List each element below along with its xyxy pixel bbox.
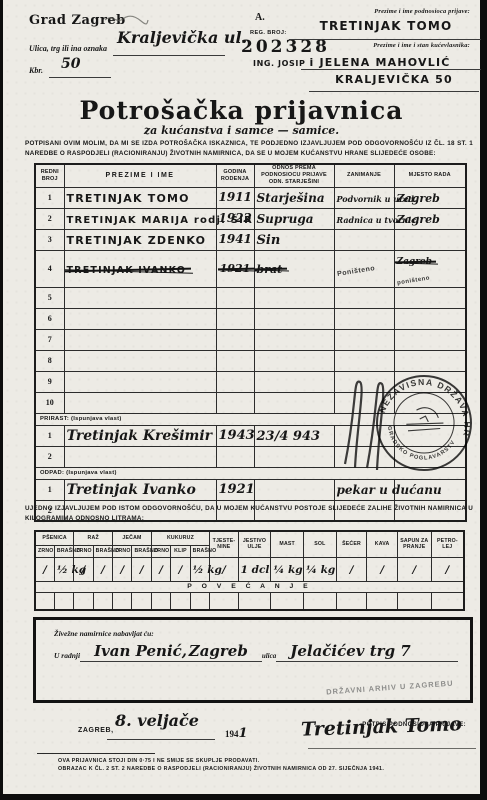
landlord-name-prefix: ING. JOSIP — [253, 59, 305, 68]
supplies-table: PŠENICA RAŽ JEČAM KUKURUZ TJESTE­NINE JE… — [34, 530, 465, 611]
member-num: 7 — [35, 329, 64, 350]
member-row: 5 — [35, 287, 466, 308]
supply-value: ∕ — [101, 564, 105, 576]
sub-klip: KLIP — [171, 545, 190, 557]
member-year — [216, 350, 254, 371]
street-value: Kraljevička ul. — [117, 28, 247, 47]
supply-value: ∕ — [120, 564, 124, 576]
member-occupation — [334, 287, 394, 308]
col-mast: MAST — [271, 531, 304, 557]
supply-value: ∕ — [82, 564, 86, 576]
odpad-name: Tretinjak Ivanko — [64, 479, 216, 500]
col-header-odnos: ODNOS PREMA PODNOSIOCU PRIJAVE ODN. STAR… — [254, 164, 334, 187]
member-place: Zagreb — [394, 208, 466, 229]
footer-date-handwritten: 8. veljače — [115, 711, 199, 731]
archive-stamp: DRŽAVNI ARHIV U ZAGREBU — [326, 679, 454, 697]
sub-zrno: ZRNO — [151, 545, 170, 557]
member-num: 5 — [35, 287, 64, 308]
odpad-occupation: pekar u dućanu — [334, 479, 394, 500]
section-letter: A. — [255, 12, 265, 23]
member-name: TRETINJAK MARIJA rodj. ŠIR — [64, 208, 216, 229]
member-name — [64, 392, 216, 413]
supply-value: ∕ — [350, 564, 354, 576]
member-relation: Starješina — [254, 187, 334, 208]
member-occupation — [334, 229, 394, 250]
prirast-date — [254, 446, 334, 467]
shop-label: Živežne namirnice nabavljat ću: — [54, 629, 154, 638]
odpad-relation — [254, 479, 334, 500]
sub-brasno: BRAŠNO — [190, 545, 209, 557]
member-row: 2 TRETINJAK MARIJA rodj. ŠIR 1922 Suprug… — [35, 208, 466, 229]
member-name: TRETINJAK TOMO — [64, 187, 216, 208]
form-title: Potrošačka prijavnica — [3, 96, 480, 125]
member-row: 1 TRETINJAK TOMO 1911 Starješina Podvorn… — [35, 187, 466, 208]
member-row: 7 — [35, 329, 466, 350]
member-name — [64, 287, 216, 308]
supply-value: ¼ kg — [273, 564, 302, 576]
supply-value: ∕ — [43, 564, 47, 576]
odpad-num: 1 — [35, 479, 64, 500]
member-name: TRETINJAK ZDENKO — [64, 229, 216, 250]
prirast-date: 23/4 943 — [254, 425, 334, 446]
member-name — [64, 371, 216, 392]
member-num: 10 — [35, 392, 64, 413]
member-relation — [254, 392, 334, 413]
member-relation: brat — [254, 250, 334, 287]
member-relation — [254, 308, 334, 329]
col-header-prezime-ime: PREZIME I IME — [64, 164, 216, 187]
footnote-price: OVA PRIJAVNICA STOJI DIN 0·75 I NE SMIJE… — [58, 758, 259, 764]
member-occupation — [334, 329, 394, 350]
col-petrolej: PETRO­LEJ — [431, 531, 464, 557]
member-row-cancelled: 4 TRETINJAK IVANKO 1921 brat Poništeno Z… — [35, 250, 466, 287]
sub-zrno: ZRNO — [113, 545, 132, 557]
sub-zrno: ZRNO — [74, 545, 93, 557]
supply-value: ¼ kg — [306, 564, 335, 576]
kbr-label: Kbr. — [29, 66, 43, 75]
member-year — [216, 287, 254, 308]
member-year: 1922 — [216, 208, 254, 229]
supplies-declaration: UJEDNO IZJAVLJUJEM POD ISTOM ODGOVORNOŠĆ… — [25, 504, 473, 524]
col-sol: SOL — [304, 531, 337, 557]
footnote-regulation: OBRAZAC K ČL. 2 ST. 2 NAREDBE O RASPODJE… — [58, 766, 384, 772]
col-psenica: PŠENICA — [35, 531, 74, 545]
member-relation — [254, 329, 334, 350]
supply-value: ∕ — [159, 564, 163, 576]
shop-street-line: Jelačićev trg 7 — [276, 642, 458, 662]
member-year — [216, 308, 254, 329]
scanned-document: Grad Zagreb Ulica, trg ili ina oznaka Kr… — [0, 0, 487, 800]
sub-brasno: BRAŠNO — [132, 545, 151, 557]
shop-declaration-box: Živežne namirnice nabavljat ću: U radnji… — [33, 617, 473, 703]
member-place — [394, 308, 466, 329]
member-num: 4 — [35, 250, 64, 287]
odpad-row: 1 Tretinjak Ivanko 1921 pekar u dućanu — [35, 479, 466, 500]
col-jecam: JEČAM — [113, 531, 152, 545]
supply-value: ½ kg — [193, 564, 222, 576]
member-year: 1911 — [216, 187, 254, 208]
applicant-label: Prezime i ime podnosioca prijave: — [374, 8, 470, 15]
supply-value: ∕ — [412, 564, 416, 576]
col-header-mjesto-rada: MJESTO RADA — [394, 164, 466, 187]
col-header-godina: GODINA RODENJA — [216, 164, 254, 187]
member-occupation — [334, 308, 394, 329]
landlord-label: Prezime i ime i stan kućevlasnika: — [373, 42, 470, 49]
prirast-year — [216, 446, 254, 467]
supply-value: ∕ — [380, 564, 384, 576]
footer-year: 1941 — [225, 724, 248, 742]
form-paper: Grad Zagreb Ulica, trg ili ina oznaka Kr… — [3, 0, 480, 794]
member-year — [216, 329, 254, 350]
col-header-redni-broj: REDNI BROJ — [35, 164, 64, 187]
member-relation: Supruga — [254, 208, 334, 229]
member-place: Zagreb poništeno — [394, 250, 466, 287]
supply-value: ∕ — [445, 564, 449, 576]
member-place: Zagreb — [394, 187, 466, 208]
applicant-name: TRETINJAK TOMO — [291, 19, 481, 33]
member-year — [216, 371, 254, 392]
member-place — [394, 287, 466, 308]
member-num: 6 — [35, 308, 64, 329]
member-year: 1921 — [216, 250, 254, 287]
member-relation — [254, 287, 334, 308]
member-year — [216, 392, 254, 413]
member-name — [64, 350, 216, 371]
shop-name-value: Ivan Penić, — [94, 642, 187, 660]
member-relation: Sin — [254, 229, 334, 250]
member-place — [394, 229, 466, 250]
member-num: 8 — [35, 350, 64, 371]
ponisteno-stamp: Poništeno — [336, 265, 375, 278]
reg-number-label: REG. BROJ: — [250, 30, 287, 36]
member-relation — [254, 350, 334, 371]
member-row: 6 — [35, 308, 466, 329]
member-num: 3 — [35, 229, 64, 250]
col-kava: KAVA — [367, 531, 398, 557]
member-year: 1941 — [216, 229, 254, 250]
prirast-num: 2 — [35, 446, 64, 467]
applicant-signature: Tretinjak Tomo — [301, 713, 463, 741]
shop-name-line: Ivan Penić, Zagreb — [80, 642, 262, 662]
member-name — [64, 329, 216, 350]
shop-city-value: Zagreb — [189, 642, 248, 660]
col-header-zanimanje: ZANIMANJE — [334, 164, 394, 187]
member-occupation: Podvornik u ured. — [334, 187, 394, 208]
member-name: TRETINJAK IVANKO — [64, 250, 216, 287]
col-raz: RAŽ — [74, 531, 113, 545]
footer-year-printed: 194 — [225, 729, 239, 739]
member-relation — [254, 371, 334, 392]
round-state-stamp: NEZAVISNA DRŽAVA HRVATSKA GRADSKO POGLAV… — [364, 363, 485, 484]
landlord-address: KRALJEVIČKA 50 — [311, 73, 477, 86]
prirast-num: 1 — [35, 425, 64, 446]
prirast-name — [64, 446, 216, 467]
form-subtitle: za kućanstva i samce — samice. — [3, 124, 480, 137]
shop-radnji-label: U radnji — [54, 651, 80, 662]
sub-brasno: BRAŠNO — [93, 545, 112, 557]
col-sapun: SAPUN ZA PRANJE — [397, 531, 431, 557]
intro-paragraph: POTPISANI OVIM MOLIM, DA MI SE IZDA POTR… — [25, 139, 473, 159]
footnote-rule — [37, 753, 155, 754]
odpad-year: 1921 — [216, 479, 254, 500]
member-num: 2 — [35, 208, 64, 229]
supply-value: ∕ — [179, 564, 183, 576]
supply-value: ∕ — [222, 564, 226, 576]
prirast-name: Tretinjak Krešimir — [64, 425, 216, 446]
supply-value: 1 dcl — [241, 564, 270, 576]
footer-year-handwritten: 1 — [239, 726, 248, 741]
shop-street-value: Jelačićev trg 7 — [290, 642, 410, 660]
kbr-value: 50 — [61, 56, 80, 72]
ponisteno-stamp: poništeno — [396, 275, 430, 286]
col-kukuruz: KUKURUZ — [151, 531, 209, 545]
street-label: Ulica, trg ili ina oznaka — [29, 44, 107, 53]
sub-zrno: ZRNO — [35, 545, 54, 557]
povecanje-label: P O V E Ć A N J E — [35, 581, 464, 592]
shop-line: U radnji Ivan Penić, Zagreb ulica Jelači… — [54, 642, 458, 662]
member-row: 3 TRETINJAK ZDENKO 1941 Sin — [35, 229, 466, 250]
member-num: 9 — [35, 371, 64, 392]
sub-brasno: BRAŠNO — [54, 545, 73, 557]
supplies-empty-row — [35, 592, 464, 610]
prirast-year: 1943 — [216, 425, 254, 446]
member-num: 1 — [35, 187, 64, 208]
col-jestivo-ulje: JESTIVO ULJE — [238, 531, 271, 557]
supply-value: ∕ — [140, 564, 144, 576]
member-place — [394, 329, 466, 350]
footer-city: ZAGREB, — [78, 727, 114, 734]
member-occupation: Radnica u tvornici — [334, 208, 394, 229]
pencil-scribble-icon — [103, 12, 149, 28]
member-name — [64, 308, 216, 329]
member-occupation: Poništeno — [334, 250, 394, 287]
supplies-values-row: ∕ ½ kg ∕ ∕ ∕ ∕ ∕ ∕ ½ kg ∕ 1 dcl ¼ kg ¼ k… — [35, 557, 464, 581]
col-secer: ŠEĆER — [336, 531, 367, 557]
shop-ulica-label: ulica — [262, 652, 276, 662]
